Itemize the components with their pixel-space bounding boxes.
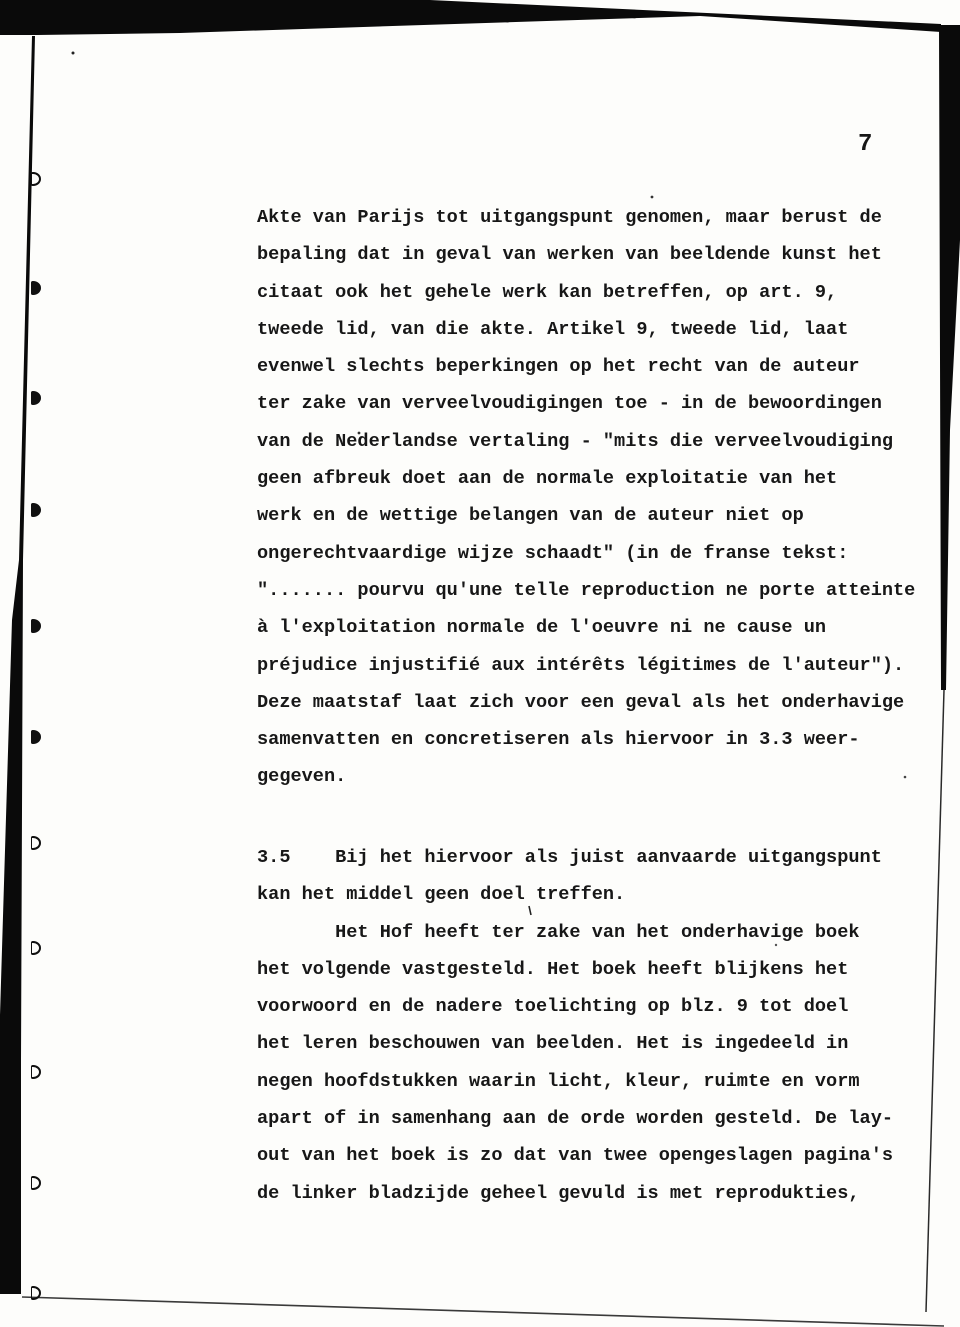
text-line: kan het middel geen doel treffen. — [257, 876, 937, 913]
text-line: gegeven. — [257, 758, 937, 795]
scan-edge-bottom-line — [22, 1297, 944, 1326]
text-line: apart of in samenhang aan de orde worden… — [257, 1100, 937, 1137]
text-line: citaat ook het gehele werk kan betreffen… — [257, 274, 937, 311]
paragraph-continuation: Akte van Parijs tot uitgangspunt genomen… — [257, 199, 937, 796]
text-line: out van het boek is zo dat van twee open… — [257, 1137, 937, 1174]
text-line: evenwel slechts beperkingen op het recht… — [257, 348, 937, 385]
text-line: ter zake van verveelvoudigingen toe - in… — [257, 385, 937, 422]
scan-edge-top-bar — [0, 0, 941, 35]
punch-hole-mark — [31, 172, 41, 186]
punch-hole-mark — [31, 391, 41, 405]
text-line: à l'exploitation normale de l'oeuvre ni … — [257, 609, 937, 646]
text-line: samenvatten en concretiseren als hiervoo… — [257, 721, 937, 758]
text-line: tweede lid, van die akte. Artikel 9, twe… — [257, 311, 937, 348]
punch-hole-mark — [31, 619, 41, 633]
punch-hole-mark — [31, 503, 41, 517]
text-line: negen hoofdstukken waarin licht, kleur, … — [257, 1063, 937, 1100]
page-number: 7 — [858, 131, 872, 158]
text-line: het leren beschouwen van beelden. Het is… — [257, 1025, 937, 1062]
text-line: voorwoord en de nadere toelichting op bl… — [257, 988, 937, 1025]
text-line: "....... pourvu qu'une telle reproductio… — [257, 572, 937, 609]
paragraph-section-3-5: 3.5 Bij het hiervoor als juist aanvaarde… — [257, 839, 937, 1212]
punch-hole-mark — [31, 281, 41, 295]
text-line: geen afbreuk doet aan de normale exploit… — [257, 460, 937, 497]
punch-hole-mark — [31, 1065, 41, 1079]
punch-hole-mark — [31, 730, 41, 744]
text-line: van de Nederlandse vertaling - "mits die… — [257, 423, 937, 460]
text-line: Akte van Parijs tot uitgangspunt genomen… — [257, 199, 937, 236]
text-line: bepaling dat in geval van werken van bee… — [257, 236, 937, 273]
text-line: ongerechtvaardige wijze schaadt" (in de … — [257, 535, 937, 572]
punch-hole-mark — [31, 1286, 41, 1300]
punch-hole-mark — [31, 836, 41, 850]
text-line: werk en de wettige belangen van de auteu… — [257, 497, 937, 534]
punch-hole-mark — [31, 941, 41, 955]
noise-dot — [72, 52, 75, 55]
text-line: Het Hof heeft ter zake van het onderhavi… — [257, 914, 937, 951]
text-line: 3.5 Bij het hiervoor als juist aanvaarde… — [257, 839, 937, 876]
text-line: het volgende vastgesteld. Het boek heeft… — [257, 951, 937, 988]
punch-hole-marks — [0, 0, 60, 1327]
document-page: 7 Akte van Parijs tot uitgangspunt genom… — [0, 0, 960, 1327]
text-line: de linker bladzijde geheel gevuld is met… — [257, 1175, 937, 1212]
text-line: préjudice injustifié aux intérêts légiti… — [257, 647, 937, 684]
punch-hole-mark — [31, 1176, 41, 1190]
text-line: Deze maatstaf laat zich voor een geval a… — [257, 684, 937, 721]
noise-dot — [651, 196, 654, 199]
scan-edge-right-wedge — [939, 25, 960, 690]
